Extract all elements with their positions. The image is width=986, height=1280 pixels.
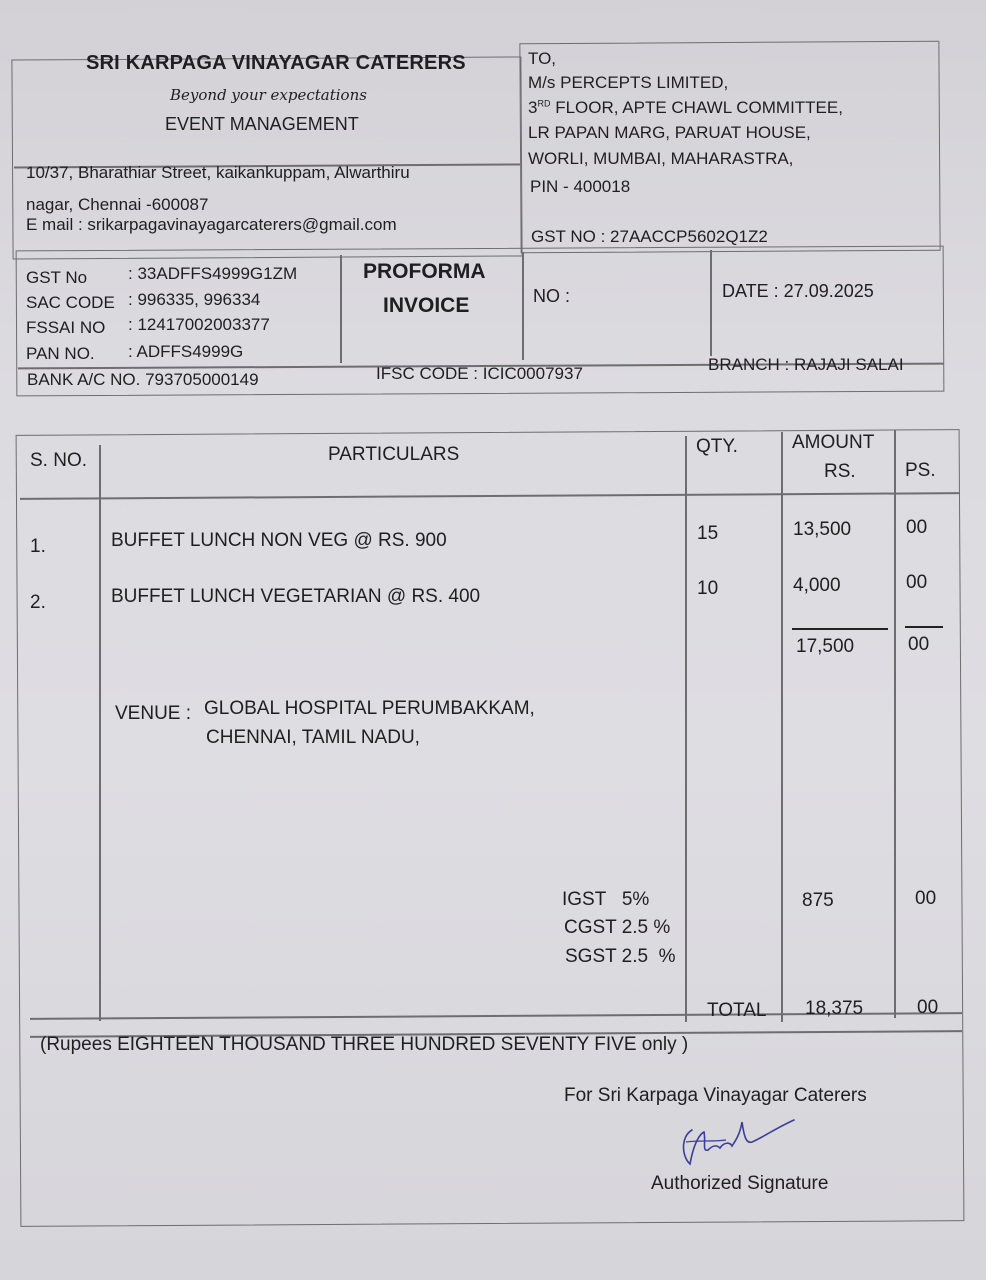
col-amount-divider [894,430,896,1018]
bank-ifsc: IFSC CODE : ICIC0007937 [376,364,583,384]
row-qty: 15 [697,523,718,545]
invoice-date: DATE : 27.09.2025 [722,281,874,302]
seller-address-line1: 10/37, Bharathiar Street, kaikankuppam, … [26,163,410,183]
subtotal-underline-ps [905,626,943,628]
bank-branch: BRANCH : RAJAJI SALAI [708,355,904,375]
total-ps: 00 [917,997,938,1019]
row-description: BUFFET LUNCH NON VEG @ RS. 900 [111,530,447,552]
sac-value: : 996335, 996334 [128,290,260,310]
tax-amount: 875 [802,890,834,912]
buyer-to: TO, [528,49,556,69]
venue-line2: CHENNAI, TAMIL NADU, [206,727,420,749]
tax-cgst: CGST 2.5 % [564,917,670,939]
buyer-address-line1: 3RD FLOOR, APTE CHAWL COMMITTEE, [528,98,843,118]
buyer-address-line2: LR PAPAN MARG, PARUAT HOUSE, [528,123,811,143]
seller-tagline: Beyond your expectations [170,86,367,104]
total-amount: 18,375 [805,998,863,1020]
doc-title-line1: PROFORMA [363,260,486,284]
row-amount: 4,000 [793,575,841,597]
buyer-pin: PIN - 400018 [530,177,630,197]
fssai-value: : 12417002003377 [128,315,270,335]
buyer-address-rest: FLOOR, APTE CHAWL COMMITTEE, [550,98,843,117]
for-company: For Sri Karpaga Vinayagar Caterers [564,1085,867,1107]
venue-line1: GLOBAL HOSPITAL PERUMBAKKAM, [204,698,535,720]
gst-label: GST No [26,268,87,288]
header-amount: AMOUNT [792,432,874,454]
row-sno: 2. [30,592,46,614]
seller-name: SRI KARPAGA VINAYAGAR CATERERS [86,52,466,75]
fssai-label: FSSAI NO [26,318,105,338]
row-description: BUFFET LUNCH VEGETARIAN @ RS. 400 [111,586,480,608]
subtotal-ps: 00 [908,634,929,656]
header-particulars: PARTICULARS [328,444,459,466]
header-qty: QTY. [696,436,738,458]
pan-value: : ADFFS4999G [128,342,243,362]
buyer-gst: GST NO : 27AACCP5602Q1Z2 [531,227,768,247]
seller-email: E mail : srikarpagavinayagarcaterers@gma… [26,215,397,235]
sac-label: SAC CODE [26,293,115,313]
amount-in-words: (Rupees EIGHTEEN THOUSAND THREE HUNDRED … [40,1034,688,1056]
col-particulars-divider [685,436,687,1022]
signature-icon [672,1112,812,1172]
total-label: TOTAL [707,1000,766,1022]
buyer-floor-suffix: RD [537,98,550,108]
buyer-name: M/s PERCEPTS LIMITED, [528,73,728,93]
reg-col-divider-2 [522,252,524,360]
tax-ps: 00 [915,888,936,910]
header-ps: PS. [905,460,936,482]
seller-subtitle: EVENT MANAGEMENT [165,114,359,135]
col-sno-divider [99,445,101,1021]
doc-title-line2: INVOICE [383,294,469,318]
pan-label: PAN NO. [26,344,95,364]
row-amount: 13,500 [793,519,851,541]
buyer-address-line3: WORLI, MUMBAI, MAHARASTRA, [528,149,793,169]
subtotal-underline-amount [792,628,888,630]
bank-account: BANK A/C NO. 793705000149 [27,370,259,390]
row-ps: 00 [906,517,927,539]
gst-value: : 33ADFFS4999G1ZM [128,264,297,284]
header-sno: S. NO. [30,450,87,472]
seller-address-line2: nagar, Chennai -600087 [26,195,208,215]
reg-col-divider-1 [340,255,342,363]
col-qty-divider [781,432,783,1022]
header-amount-rs: RS. [824,461,856,483]
reg-col-divider-3 [710,250,712,356]
invoice-number-label: NO : [533,286,570,307]
row-qty: 10 [697,578,718,600]
row-ps: 00 [906,572,927,594]
signature-label: Authorized Signature [651,1173,828,1195]
venue-label: VENUE : [115,703,191,725]
tax-sgst: SGST 2.5 % [565,946,676,968]
row-sno: 1. [30,536,46,558]
tax-igst: IGST 5% [562,889,649,911]
subtotal-amount: 17,500 [796,636,854,658]
